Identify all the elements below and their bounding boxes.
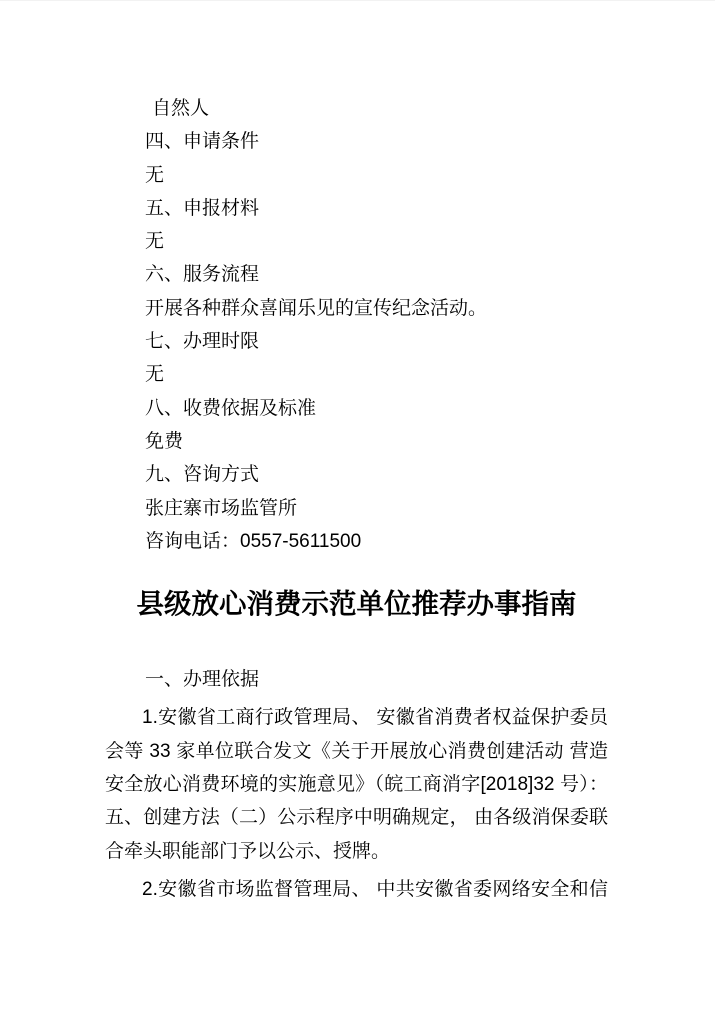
paragraph-line: 2.安徽省市场监督管理局、 中共安徽省委网络安全和信 [105,873,608,906]
paragraph-line: 会等 33 家单位联合发文《关于开展放心消费创建活动 营造 [105,735,608,768]
text-line-section-6-value: 开展各种群众喜闻乐见的宣传纪念活动。 [105,292,608,325]
paragraph-basis-item-2: 2.安徽省市场监督管理局、 中共安徽省委网络安全和信 [105,873,608,906]
document-page: 自然人 四、申请条件 无 五、申报材料 无 六、服务流程 开展各种群众喜闻乐见的… [0,0,715,1011]
paragraph-line: 合牵头职能部门予以公示、授牌。 [105,835,608,868]
section-heading-basis: 一、办理依据 [105,663,608,696]
service-guide-list: 自然人 四、申请条件 无 五、申报材料 无 六、服务流程 开展各种群众喜闻乐见的… [105,92,608,558]
paragraph-basis-item-1: 1.安徽省工商行政管理局、 安徽省消费者权益保护委员 会等 33 家单位联合发文… [105,701,608,867]
paragraph-line: 安全放心消费环境的实施意见》（皖工商消字[2018]32 号）： [105,768,608,801]
paragraph-line: 1.安徽省工商行政管理局、 安徽省消费者权益保护委员 [105,701,608,734]
text-line-phone-number: 咨询电话：0557-5611500 [105,525,608,558]
text-line-section-4-heading: 四、申请条件 [105,125,608,158]
text-line-section-5-value: 无 [105,225,608,258]
text-line-section-6-heading: 六、服务流程 [105,258,608,291]
text-line-section-8-value: 免费 [105,425,608,458]
text-line-section-7-heading: 七、办理时限 [105,325,608,358]
text-line-section-5-heading: 五、申报材料 [105,192,608,225]
text-line-applicant-type: 自然人 [105,92,608,125]
document-title: 县级放心消费示范单位推荐办事指南 [105,582,608,626]
text-line-section-9-heading: 九、咨询方式 [105,458,608,491]
text-line-office-name: 张庄寨市场监管所 [105,492,608,525]
document-text-area: 自然人 四、申请条件 无 五、申报材料 无 六、服务流程 开展各种群众喜闻乐见的… [105,1,608,906]
text-line-section-7-value: 无 [105,358,608,391]
text-line-section-8-heading: 八、收费依据及标准 [105,392,608,425]
text-line-section-4-value: 无 [105,159,608,192]
paragraph-line: 五、创建方法（二）公示程序中明确规定， 由各级消保委联 [105,801,608,834]
